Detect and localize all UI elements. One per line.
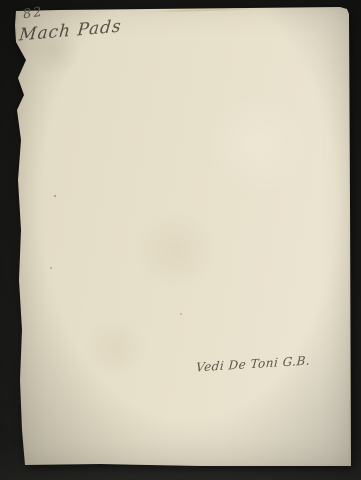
paper-shadow-wrap — [0, 0, 361, 480]
paper-speck — [50, 267, 52, 269]
handwritten-corner-number: 82 — [22, 5, 44, 23]
paper-speck — [180, 313, 182, 315]
photograph-background: 82 Mach Pads Vedi De Toni G.B. — [0, 0, 361, 480]
paper-sheet — [14, 5, 352, 468]
paper-speck — [54, 195, 56, 197]
